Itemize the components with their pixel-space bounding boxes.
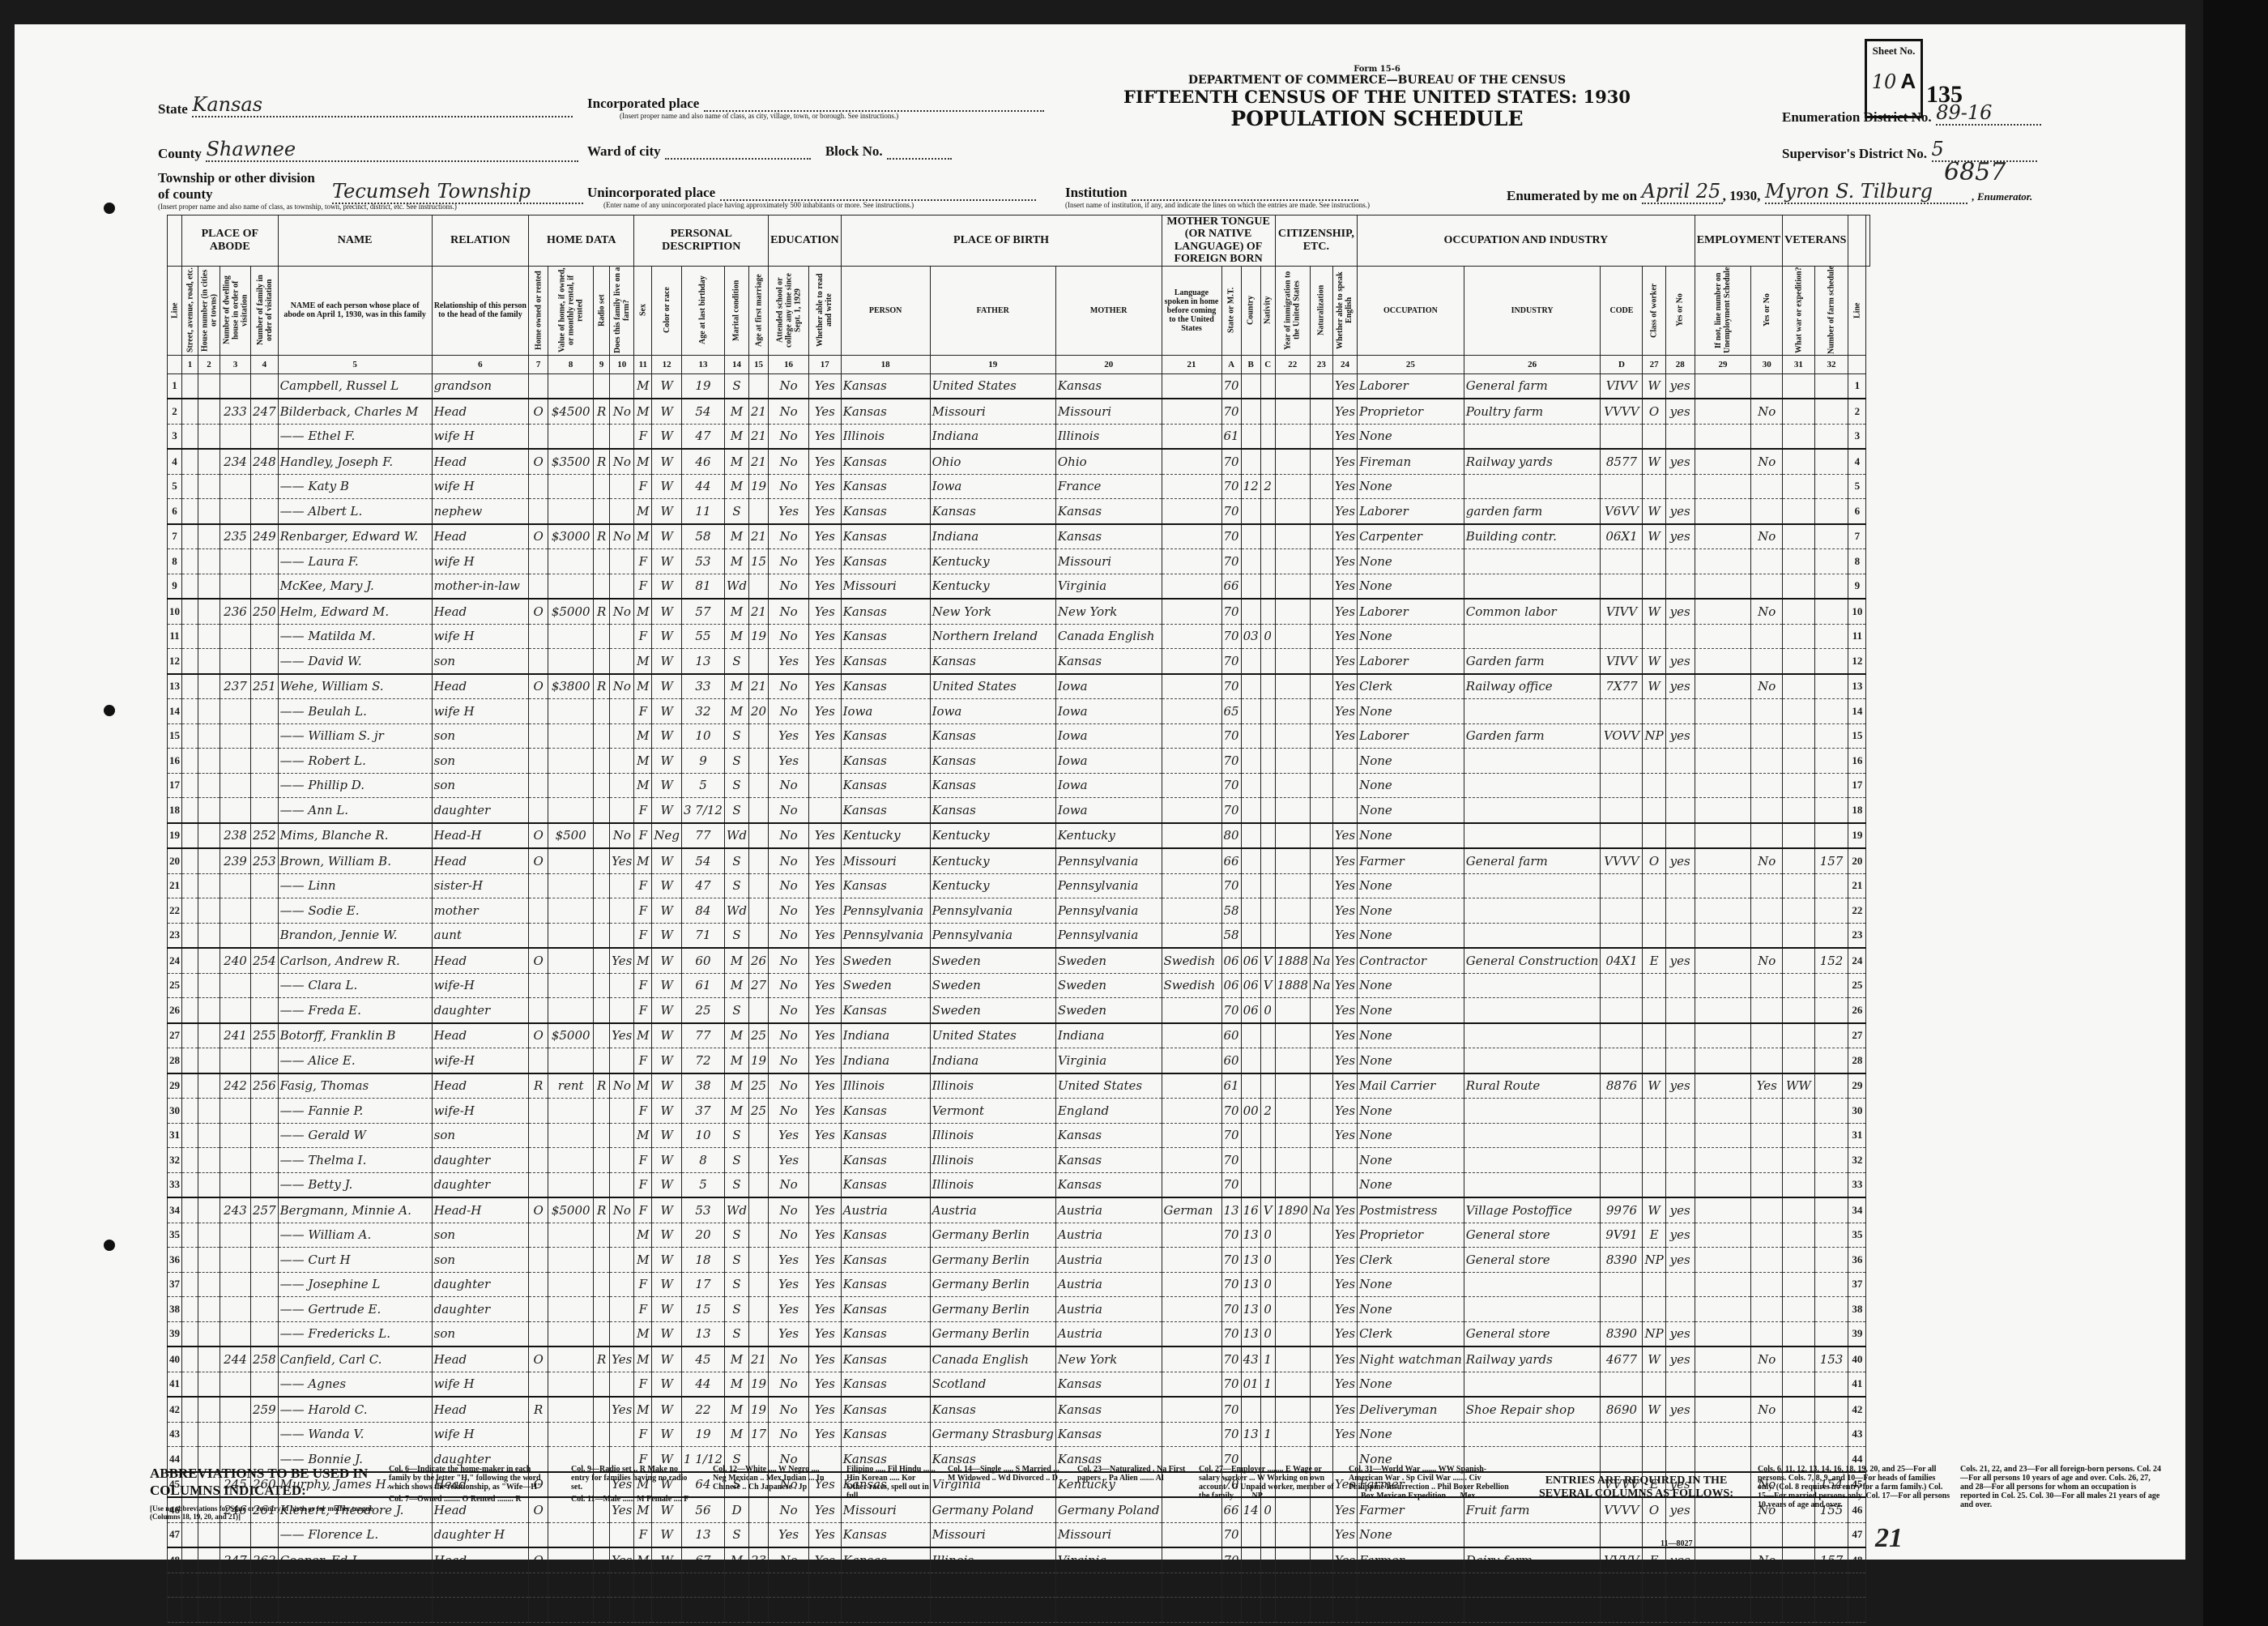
cell: Proprietor [1358,1223,1464,1248]
cell: Kansas [841,798,930,823]
cell: Kansas [930,723,1055,749]
cell [182,898,198,924]
cell: No [769,1372,809,1397]
cell [220,1099,251,1124]
cell: O [529,524,548,549]
cell: 10 [681,723,724,749]
cell: No [1751,399,1783,424]
cell [1643,923,1665,948]
cell: —— Linn [278,873,432,898]
cell [1814,599,1848,624]
cell [1241,1073,1260,1099]
cell: Germany Berlin [930,1321,1055,1346]
cell: No [769,549,809,574]
cell [182,1172,198,1197]
cell: sister-H [432,873,529,898]
column-number: A [1221,355,1241,373]
cell: —— Laura F. [278,549,432,574]
cell [1162,499,1221,524]
line-number: 47 [1848,1522,1866,1547]
cell [220,1272,251,1297]
cell [1814,1422,1848,1447]
cell [220,1598,251,1623]
cell: Missouri [841,848,930,873]
cell [1601,474,1643,499]
cell: German [1162,1197,1221,1223]
cell [1783,873,1815,898]
cell: Kansas [1055,1123,1162,1148]
cell [1241,649,1260,674]
cell: Yes [808,1272,841,1297]
cell: No [769,1172,809,1197]
cell: Clerk [1358,674,1464,699]
line-number: 26 [1848,998,1866,1023]
cell [1665,898,1695,924]
line-number: 38 [1848,1297,1866,1322]
cell [1814,649,1848,674]
line-number: 32 [1848,1148,1866,1173]
cell: W [652,699,682,724]
cell: 44 [681,1372,724,1397]
cell [1751,923,1783,948]
cell: S [724,1223,748,1248]
cell: Kansas [930,499,1055,524]
cell [182,948,198,973]
cell: 13 [681,649,724,674]
cell [594,773,610,798]
cell: Yes [1751,1073,1783,1099]
cell: No [1751,449,1783,474]
cell: No [769,873,809,898]
cell: No [610,1197,634,1223]
cell [220,1223,251,1248]
cell: 247 [251,399,279,424]
cell [1241,723,1260,749]
cell: yes [1665,499,1695,524]
line-number: 10 [1848,599,1866,624]
cell: M [634,499,652,524]
cell: F [634,823,652,849]
cell: Illinois [930,1123,1055,1148]
line-number: 8 [168,549,182,574]
cell: No [1751,599,1783,624]
cell [1814,449,1848,474]
cell: V [1260,948,1275,973]
cell: rent [548,1073,594,1099]
cell: 17 [681,1272,724,1297]
cell [1814,1321,1848,1346]
cell [594,1148,610,1173]
cell [594,948,610,973]
cell: mother-in-law [432,574,529,599]
line-number: 20 [1848,848,1866,873]
cell: M [724,1397,748,1422]
cell: M [634,649,652,674]
cell [198,1223,220,1248]
cell [182,1573,198,1598]
cell: —— Katy B [278,474,432,499]
cell [610,549,634,574]
cell [1332,1148,1357,1173]
cell: No [1751,524,1783,549]
cell: Yes [808,848,841,873]
cell [220,723,251,749]
cell [1814,549,1848,574]
line-number: 29 [168,1073,182,1099]
cell: 9V91 [1601,1223,1643,1248]
cell: Missouri [930,399,1055,424]
cell: Kentucky [930,848,1055,873]
cell: W [1643,524,1665,549]
cell [1275,1422,1310,1447]
cell [594,1422,610,1447]
cell [182,499,198,524]
cell: Yes [610,1023,634,1048]
cell: O [529,1547,548,1573]
column-number: 14 [724,355,748,373]
cell [1814,499,1848,524]
cell: Railway yards [1464,449,1601,474]
column-number: 2 [198,355,220,373]
cell: 21 [749,524,769,549]
cell: Na [1310,1197,1332,1223]
cell [548,1321,594,1346]
cell: Head [432,599,529,624]
cell: yes [1665,1248,1695,1273]
cell [1310,723,1332,749]
cell [1665,1297,1695,1322]
cell [1643,1372,1665,1397]
cell: 262 [251,1547,279,1573]
line-number: 15 [1848,723,1866,749]
cell [1601,823,1643,849]
column-number: 1 [182,355,198,373]
incorporated-field: Incorporated place (Insert proper name a… [587,96,1044,120]
line-number: 25 [168,973,182,998]
cell: W [652,1123,682,1148]
cell [182,773,198,798]
cell: None [1358,798,1464,823]
cell [251,998,279,1023]
cell: Yes [1332,823,1357,849]
cell [1751,1172,1783,1197]
cell [1162,424,1221,449]
line-number: 22 [1848,898,1866,924]
cell [1275,1346,1310,1372]
cell [1695,524,1751,549]
cell [548,1422,594,1447]
cell [529,723,548,749]
cell [594,373,610,399]
cell: None [1358,1573,1464,1598]
cell: Kansas [841,998,930,1023]
cell: 257 [251,1197,279,1223]
line-number: 19 [168,823,182,849]
cell [1162,848,1221,873]
cell [1275,1321,1310,1346]
cell: R [594,1346,610,1372]
cell [1241,749,1260,774]
line-number: 38 [168,1297,182,1322]
table-row: 5—— Katy Bwife HFW44M19NoYesKansasIowaFr… [168,474,1870,499]
cell [182,848,198,873]
cell: Yes [610,848,634,873]
cell [1275,449,1310,474]
cell: W [652,948,682,973]
cell: Yes [808,1397,841,1422]
cell: Garden farm [1464,649,1601,674]
cell: Wehe, William S. [278,674,432,699]
column-header: State or M.T. [1221,266,1241,355]
cell: No [769,948,809,973]
cell: daughter [432,1272,529,1297]
cell [529,898,548,924]
cell: No [769,1346,809,1372]
cell [610,474,634,499]
cell: yes [1665,524,1695,549]
cell: Yes [808,898,841,924]
cell [1601,1447,1643,1472]
cell [610,923,634,948]
cell: yes [1665,399,1695,424]
cell: No [769,373,809,399]
table-row: 18—— Ann L.daughterFW3 7/12SNoKansasKans… [168,798,1870,823]
cell [1310,749,1332,774]
column-header: Street, avenue, road, etc. [182,266,198,355]
cell: —— Freda E. [278,998,432,1023]
cell [1751,1023,1783,1048]
cell: Kansas [841,449,930,474]
cell: yes [1665,1547,1695,1573]
cell [220,1172,251,1197]
cell [1695,599,1751,624]
cell [1275,1172,1310,1197]
cell [594,973,610,998]
cell: Laborer [1358,499,1464,524]
cell: Neg [652,823,682,849]
cell [1464,998,1601,1023]
cell [594,699,610,724]
cell [610,1223,634,1248]
cell: Missouri [1055,1522,1162,1547]
cell [594,649,610,674]
cell [1275,499,1310,524]
cell [610,798,634,823]
cell: Yes [610,1547,634,1573]
cell [1751,624,1783,649]
column-number: 31 [1783,355,1815,373]
cell [594,1297,610,1322]
cell: W [652,474,682,499]
cell: Yes [769,649,809,674]
cell [1275,1397,1310,1422]
cell [1643,798,1665,823]
cell: 70 [1221,1223,1241,1248]
column-header: Radio set [594,266,610,355]
cell [1162,798,1221,823]
cell: No [610,524,634,549]
cell [1783,1172,1815,1197]
cell [182,424,198,449]
cell: $3500 [548,449,594,474]
cell [182,1073,198,1099]
cell: M [634,773,652,798]
cell: M [724,1023,748,1048]
cell: Yes [1332,1547,1357,1573]
cell [1464,798,1601,823]
cell: Kansas [841,399,930,424]
cell [1783,898,1815,924]
cell: 238 [220,823,251,849]
cell [1260,873,1275,898]
cell [1751,499,1783,524]
cell: 250 [251,599,279,624]
cell: S [724,1148,748,1173]
cell: Clerk [1358,1321,1464,1346]
cell: 19 [681,1422,724,1447]
cell: W [1643,499,1665,524]
column-header: Number of dwelling house in order of vis… [220,266,251,355]
cell: W [1643,1397,1665,1422]
cell [1695,1321,1751,1346]
scan-border [2203,0,2268,1626]
cell [749,923,769,948]
cell: Yes [1332,998,1357,1023]
cell: Yes [1332,1522,1357,1547]
cell [1332,749,1357,774]
cell: F [634,1172,652,1197]
table-row: 50Holmes, Dorothy LgranddaughterFW9SYesK… [168,1598,1870,1623]
cell [1162,773,1221,798]
line-number: 15 [168,723,182,749]
cell: 46 [681,449,724,474]
cell [1260,649,1275,674]
cell: Germany Poland [1055,1497,1162,1522]
cell [1241,524,1260,549]
cell: 70 [1221,1123,1241,1148]
table-row: 9McKee, Mary J.mother-in-lawFW81WdNoYesM… [168,574,1870,599]
cell [1310,1073,1332,1099]
cell [1260,1172,1275,1197]
cell [1464,749,1601,774]
cell: yes [1665,1223,1695,1248]
line-number: 6 [168,499,182,524]
cell [1601,624,1643,649]
column-header: Color or race [652,266,682,355]
cell: No [769,973,809,998]
cell [1601,1422,1643,1447]
cell [198,848,220,873]
cell [749,1297,769,1322]
cell [1695,699,1751,724]
table-row: 41—— Agneswife HFW44M19NoYesKansasScotla… [168,1372,1870,1397]
cell [1260,1048,1275,1073]
cell: Yes [808,873,841,898]
line-number: 49 [1848,1573,1866,1598]
cell: W [652,773,682,798]
cell: 21 [749,399,769,424]
cell: —— Fannie P. [278,1099,432,1124]
cell [749,848,769,873]
cell [220,424,251,449]
cell [198,823,220,849]
cell [610,723,634,749]
line-number: 4 [1848,449,1866,474]
cell: 1890 [1275,1197,1310,1223]
cell: 242 [220,1073,251,1099]
cell: France [1055,474,1162,499]
cell: 32 [681,699,724,724]
cell [529,1573,548,1598]
cell: Pennsylvania [1055,873,1162,898]
cell: 61 [1221,424,1241,449]
cell: W [652,1598,682,1623]
cell [1783,1148,1815,1173]
cell: 70 [1221,1598,1241,1623]
cell: Yes [1332,973,1357,998]
cell [1783,1422,1815,1447]
cell: Yes [1332,1346,1357,1372]
line-number: 28 [1848,1048,1866,1073]
cell: $3000 [548,524,594,549]
cell: None [1358,998,1464,1023]
line-number: 21 [1848,873,1866,898]
cell [198,1422,220,1447]
cell [1814,399,1848,424]
cell [1783,1023,1815,1048]
cell: 70 [1221,1321,1241,1346]
cell [548,474,594,499]
cell [1162,474,1221,499]
cell: 80 [1221,823,1241,849]
cell: Yes [808,1372,841,1397]
cell: Yes [1332,848,1357,873]
cell: 13 [1241,1422,1260,1447]
table-row: 23Brandon, Jennie W.auntFW71SNoYesPennsy… [168,923,1870,948]
cell: NP [1643,723,1665,749]
cell: O [529,674,548,699]
cell [749,1223,769,1248]
cell [749,898,769,924]
cell [749,649,769,674]
cell [610,1522,634,1547]
cell [1783,373,1815,399]
cell [1241,1123,1260,1148]
cell [1783,1099,1815,1124]
cell: Indiana [1055,1023,1162,1048]
cell: yes [1665,1397,1695,1422]
cell: 70 [1221,649,1241,674]
cell [1695,773,1751,798]
cell [1260,599,1275,624]
cell: Head [432,674,529,699]
cell [1783,1321,1815,1346]
cell: 26 [749,948,769,973]
cell [1275,898,1310,924]
cell: Kansas [841,1297,930,1322]
cell [198,574,220,599]
cell [529,549,548,574]
cell: W [652,1297,682,1322]
cell: Postmistress [1358,1197,1464,1223]
cell: S [724,1123,748,1148]
column-header: Number of farm schedule [1814,266,1848,355]
table-row: 26—— Freda E.daughterFW25SNoYesKansasSwe… [168,998,1870,1023]
sheet-number-box: Sheet No. 10 A [1865,39,1923,118]
cell: Yes [1332,1197,1357,1223]
table-row: 17—— Phillip D.sonMW5SNoKansasKansasIowa… [168,773,1870,798]
cell [529,1598,548,1623]
